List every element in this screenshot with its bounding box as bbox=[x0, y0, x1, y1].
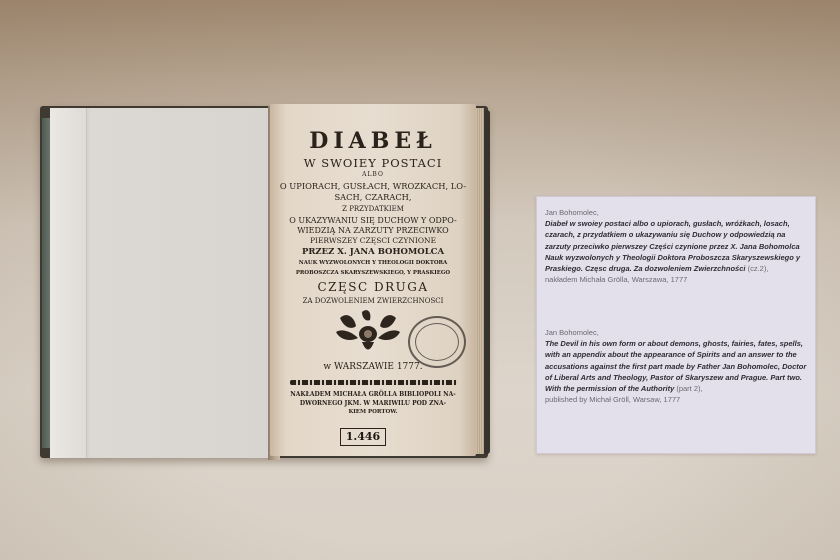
title-page-city-year: w WARSZAWIE 1777. bbox=[270, 362, 476, 372]
exhibit-label-card: Jan Bohomolec, Diabeł w swoiey postaci a… bbox=[536, 196, 816, 454]
title-page-line: Z PRZYDATKIEM bbox=[270, 205, 476, 213]
title-page-line: ZA DOZWOLENIEM ZWIERZCHNOSCI bbox=[270, 297, 476, 305]
title-page-title: DIABEŁ bbox=[270, 128, 476, 154]
title-page-line: PIERWSZEY CZĘSCI CZYNIONE bbox=[270, 236, 476, 245]
title-page-subtitle: W SWOIEY POSTACI bbox=[270, 156, 476, 170]
title-page-line: PROBOSZCZA SKARYSZEWSKIEGO, Y PRASKIEGO bbox=[270, 270, 476, 276]
title-page-imprint: KIEM PORTOW. bbox=[270, 409, 476, 415]
title-page-imprint: DWORNEGO JKM. W MARIWILU POD ZNA- bbox=[270, 400, 476, 407]
label-part-pl: (cz.2), bbox=[745, 264, 768, 273]
label-polish: Jan Bohomolec, Diabeł w swoiey postaci a… bbox=[545, 207, 811, 285]
title-page-author: PRZEZ X. JANA BOHOMOLCA bbox=[270, 247, 476, 257]
label-publisher-en: published by Michał Gröll, Warsaw, 1777 bbox=[545, 395, 680, 404]
shelfmark-label: 1.446 bbox=[340, 428, 386, 446]
label-part-en: (part 2), bbox=[674, 384, 702, 393]
title-page-imprint: NAKŁADEM MICHAŁA GRÖLLA BIBLIOPOLI NA- bbox=[270, 391, 476, 398]
label-publisher-pl: nakładem Michała Grölla, Warszawa, 1777 bbox=[545, 275, 687, 284]
label-english: Jan Bohomolec, The Devil in his own form… bbox=[545, 327, 811, 405]
title-page-albo: ALBO bbox=[270, 171, 476, 178]
cover-spine-edge bbox=[484, 110, 490, 454]
floral-ornament-icon bbox=[332, 308, 404, 354]
open-book: DIABEŁ W SWOIEY POSTACI ALBO O UPIORACH,… bbox=[40, 104, 492, 458]
label-author-pl: Jan Bohomolec, bbox=[545, 208, 599, 217]
title-page-part: CZĘSC DRUGA bbox=[270, 280, 476, 294]
label-author-en: Jan Bohomolec, bbox=[545, 328, 599, 337]
title-page-line: O UKAZYWANIU SIĘ DUCHOW Y ODPO- bbox=[270, 216, 476, 225]
title-page-line: NAUK WYZWOLONYCH Y THEOLOGII DOKTORA bbox=[270, 260, 476, 266]
title-page-line: WIEDZIĄ NA ZARZUTY PRZECIWKO bbox=[270, 226, 476, 235]
library-stamp bbox=[408, 316, 466, 368]
title-page-line: O UPIORACH, GUSŁACH, WROZKACH, LO- bbox=[270, 181, 476, 191]
decorative-rule bbox=[290, 380, 458, 385]
flyleaf bbox=[50, 108, 87, 458]
page-edges bbox=[476, 108, 484, 454]
title-page-line: SACH, CZARACH, bbox=[270, 192, 476, 202]
